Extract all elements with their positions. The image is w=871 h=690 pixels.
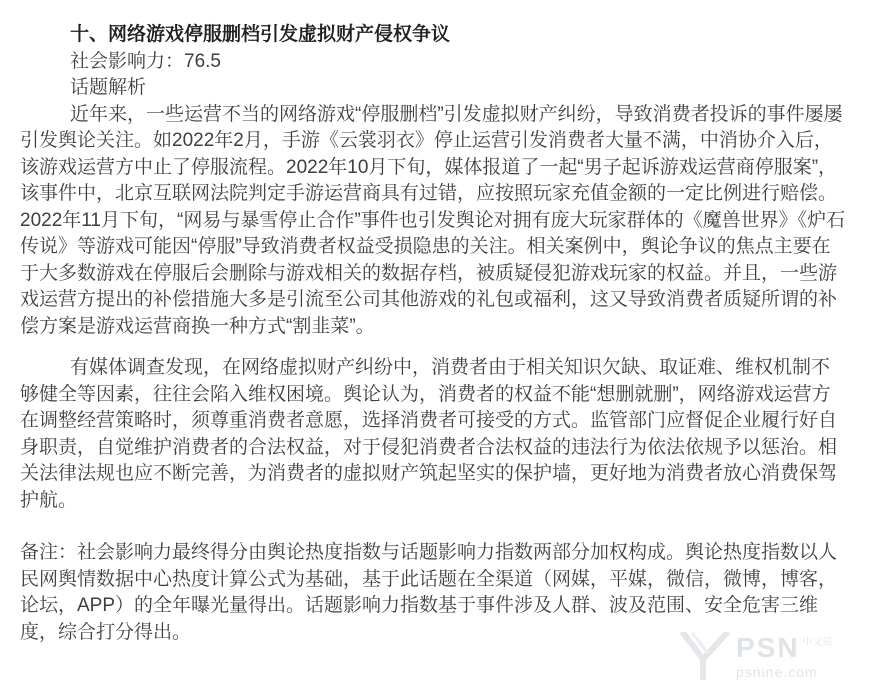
note-paragraph: 备注：社会影响力最终得分由舆论热度指数与话题影响力指数两部分加权构成。舆论热度指… [20,540,847,646]
topic-analysis-paragraph-2: 有媒体调查发现，在网络虚拟财产纠纷中，消费者由于相关知识欠缺、取证难、维权机制不… [20,355,847,514]
article-page: 十、网络游戏停服删档引发虚拟财产侵权争议 社会影响力：76.5 话题解析 近年来… [0,0,871,690]
section-label-topic-analysis: 话题解析 [20,75,847,102]
article-title: 十、网络游戏停服删档引发虚拟财产侵权争议 [20,22,847,49]
topic-analysis-paragraph-1: 近年来，一些运营不当的网络游戏“停服删档”引发虚拟财产纠纷，导致消费者投诉的事件… [20,102,847,341]
watermark-domain: psnine.com [736,665,833,679]
social-impact-score: 社会影响力：76.5 [20,49,847,76]
